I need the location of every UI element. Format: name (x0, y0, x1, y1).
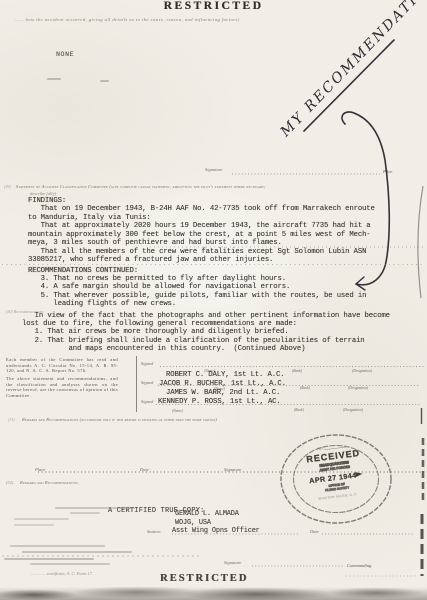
none-entry: NONE (56, 51, 74, 59)
scan-artifact (100, 80, 109, 82)
findings-line: That on 19 December 1943, B-24H AAF No. … (28, 205, 375, 213)
designation-column-label: (Designation) (343, 408, 363, 412)
remarks-32-caption: Remarks and Recommendations. (20, 480, 79, 485)
rank-column-label: (Rank) (300, 386, 310, 390)
scan-artifact (14, 524, 54, 526)
commanding-label: Commanding. (347, 563, 372, 568)
restricted-header: RESTRICTED (0, 0, 427, 12)
rec-continued-line: leading flights of new crews. (28, 300, 366, 308)
findings-line: That at approximately 2020 hours 19 Dece… (28, 222, 375, 230)
recommendation-line: 1. That air crews be more thoroughly and… (22, 328, 390, 336)
recommendations-item-no: (30) (6, 309, 13, 314)
date-label: Date (310, 529, 319, 534)
rank-column-label: (Rank) (294, 408, 304, 412)
pilot-signature-label: Signature (205, 167, 222, 172)
page-curl-line (418, 186, 423, 298)
certifying-officer-rank: WOJG, USA (175, 519, 211, 527)
findings-line: mountain approximately 300 feet below th… (28, 231, 375, 239)
committee-member-name: ROBERT C. DALY, 1st Lt. A.C. (166, 371, 284, 379)
rank-column-label: (Rank) (292, 369, 302, 373)
recommendation-line: and maps encountered in this country. (C… (22, 345, 390, 353)
signed-label: Signed (141, 380, 153, 385)
rec-continued-title: RECOMMENDATIONS CONTINUED: (28, 267, 366, 275)
name-column-label: (Name) (172, 409, 183, 413)
signature-label: Signature (224, 560, 241, 565)
designation-column-label: (Designation) (348, 386, 368, 390)
committee-statement-caption: Statement of Accident Classification Com… (16, 184, 420, 189)
committee-note-1: Each member of the Committee has read an… (6, 357, 118, 374)
restricted-footer: RESTRICTED (160, 573, 248, 584)
stamp-city-line: WINSTON-SALEM, N. C. (318, 492, 358, 501)
station-label: Station: (147, 529, 161, 534)
stamp-no-label: NO. (317, 446, 324, 451)
divider-line (136, 356, 137, 412)
committee-fine-print: Each member of the Committee has read an… (6, 357, 118, 398)
pilot-role-label: Pilot. (383, 169, 393, 174)
stamp-arrow-icon (355, 471, 363, 477)
findings-line: meya, 3 miles south of penthievre and ha… (28, 239, 375, 247)
certifying-officer-title: Asst Wing Opns Officer (172, 527, 260, 535)
designation-column-label: (Designation) (352, 369, 372, 373)
signature-label: Signature (224, 467, 241, 472)
place-label: Place (35, 467, 45, 472)
scan-artifact (22, 551, 132, 553)
item-number-32: (32) (6, 480, 13, 485)
received-date-stamp: NO. RECEIVED HEADQUARTERS ARMY AIR FORCE… (276, 432, 396, 528)
scanned-accident-report-page: RESTRICTED …… how the accident occurred,… (0, 0, 427, 600)
committee-statement-caption-2: describe fully) (30, 191, 56, 196)
recommendations-continued-block: RECOMMENDATIONS CONTINUED: 3. That no cr… (28, 267, 366, 309)
remarks-31-caption: Remarks and Recommendations (accomplish … (22, 417, 352, 422)
scan-artifact (4, 558, 94, 560)
scan-artifact (70, 512, 100, 514)
recommendations-block: In view of the fact that the photographs… (22, 312, 390, 354)
item-number-31: (31) (8, 417, 15, 422)
scan-artifact (0, 587, 427, 600)
certifying-officer-name: GERALD L. ALMADA (175, 510, 239, 518)
form-17-note: ………… certificate, A. C. Form 17. (30, 571, 93, 576)
committee-member-name: JAMES W. BARR, 2nd Lt. A.C. (166, 389, 280, 397)
committee-note-2: The above statement and recommendations,… (6, 376, 118, 398)
scan-artifact (10, 545, 105, 547)
signed-label: Signed (141, 361, 153, 366)
findings-block: FINDINGS: That on 19 December 1943, B-24… (28, 197, 375, 265)
signed-label: Signed (141, 399, 153, 404)
scan-artifact (47, 78, 61, 80)
scan-artifact (55, 507, 135, 509)
scan-artifact (30, 563, 110, 565)
date-label: Date (140, 467, 149, 472)
form-instruction-line: …… how the accident occurred, giving all… (15, 17, 355, 22)
rec-continued-line: 4. A safe margin should be allowed for n… (28, 283, 366, 291)
committee-member-name: KENNEDY P. ROSS, 1st Lt., AC. (158, 398, 281, 406)
item-number-29: (29) (4, 184, 11, 189)
findings-line: That all the members of the crew were fa… (28, 248, 375, 256)
findings-line: 33085217, who suffered a fractured jaw a… (28, 256, 375, 264)
scan-artifact (14, 518, 69, 520)
recommendation-line: In view of the fact that the photographs… (22, 312, 390, 320)
